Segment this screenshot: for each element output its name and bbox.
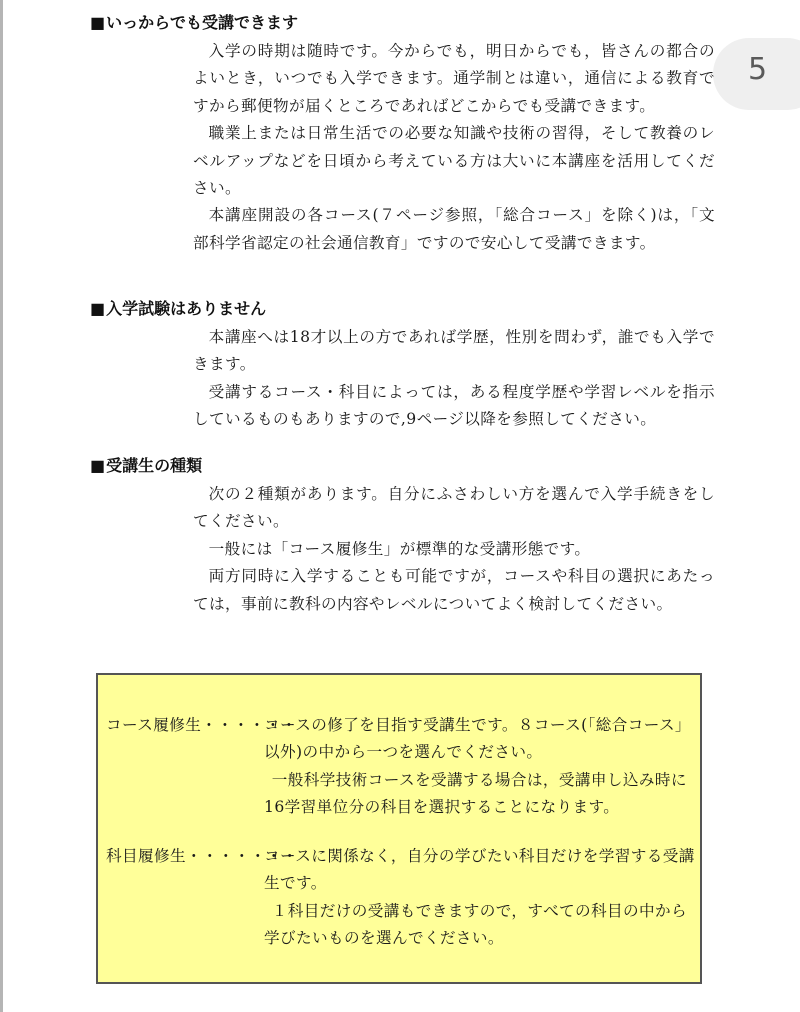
entry-line: コースに関係なく，自分の学びたい科目だけを学習する受講生です。	[264, 843, 700, 898]
section-heading: ■入学試験はありません	[90, 298, 720, 320]
section-heading: ■いっからでも受講できます	[90, 12, 720, 34]
square-bullet-icon: ■	[90, 13, 105, 32]
student-type-box: コース履修生・・・・・・ コースの修了を目指す受講生です。８コース(「総合コース…	[96, 673, 702, 984]
entry-subject-student: 科目履修生・・・・・・・ コースに関係なく，自分の学びたい科目だけを学習する受講…	[106, 843, 702, 953]
heading-text: 入学試験はありません	[106, 299, 266, 318]
paragraph: 職業上または日常生活での必要な知識や技術の習得，そして教養のレベルアップなどを日…	[193, 120, 715, 202]
square-bullet-icon: ■	[90, 456, 105, 475]
paragraph: 本講座開設の各コース(７ページ参照，「総合コース」を除く)は，「文部科学省認定の…	[193, 202, 715, 257]
page-left-border	[0, 0, 3, 1012]
paragraph: 入学の時期は随時です。今からでも，明日からでも，皆さんの都合のよいとき，いつでも…	[193, 38, 715, 120]
entry-description: コースの修了を目指す受講生です。８コース(「総合コース」以外)の中から一つを選ん…	[264, 712, 700, 822]
paragraph: 本講座へは18才以上の方であれば学歴，性別を問わず，誰でも入学できます。	[193, 324, 715, 379]
section-enroll-anytime: ■いっからでも受講できます 入学の時期は随時です。今からでも，明日からでも，皆さ…	[90, 12, 720, 257]
section-student-types: ■受講生の種類 次の２種類があります。自分にふさわしい方を選んで入学手続きをして…	[90, 455, 720, 618]
entry-term: コース履修生・・・・・・	[106, 712, 297, 739]
entry-line: コースの修了を目指す受講生です。８コース(「総合コース」以外)の中から一つを選ん…	[264, 712, 700, 767]
paragraph: 一般には「コース履修生」が標準的な受講形態です。	[193, 536, 715, 563]
entry-course-student: コース履修生・・・・・・ コースの修了を目指す受講生です。８コース(「総合コース…	[106, 712, 702, 822]
section-heading: ■受講生の種類	[90, 455, 720, 477]
section-body: 本講座へは18才以上の方であれば学歴，性別を問わず，誰でも入学できます。 受講す…	[193, 324, 715, 434]
heading-text: 受講生の種類	[106, 456, 202, 475]
section-body: 次の２種類があります。自分にふさわしい方を選んで入学手続きをしてください。 一般…	[193, 481, 715, 618]
square-bullet-icon: ■	[90, 299, 105, 318]
entry-description: コースに関係なく，自分の学びたい科目だけを学習する受講生です。 １科目だけの受講…	[264, 843, 700, 953]
section-no-entrance-exam: ■入学試験はありません 本講座へは18才以上の方であれば学歴，性別を問わず，誰で…	[90, 298, 720, 434]
page-number-badge: 5	[713, 38, 800, 110]
paragraph: 次の２種類があります。自分にふさわしい方を選んで入学手続きをしてください。	[193, 481, 715, 536]
entry-line: １科目だけの受講もできますので，すべての科目の中から学びたいものを選んでください…	[264, 898, 700, 953]
heading-text: いっからでも受講できます	[106, 13, 298, 32]
section-body: 入学の時期は随時です。今からでも，明日からでも，皆さんの都合のよいとき，いつでも…	[193, 38, 715, 257]
paragraph: 受講するコース・科目によっては，ある程度学歴や学習レベルを指示しているものもあり…	[193, 379, 715, 434]
paragraph: 両方同時に入学することも可能ですが，コースや科目の選択にあたっては，事前に教科の…	[193, 563, 715, 618]
entry-term: 科目履修生・・・・・・・	[106, 843, 298, 870]
entry-line: 一般科学技術コースを受講する場合は，受講申し込み時に16学習単位分の科目を選択す…	[264, 767, 700, 822]
page-number: 5	[748, 52, 767, 87]
